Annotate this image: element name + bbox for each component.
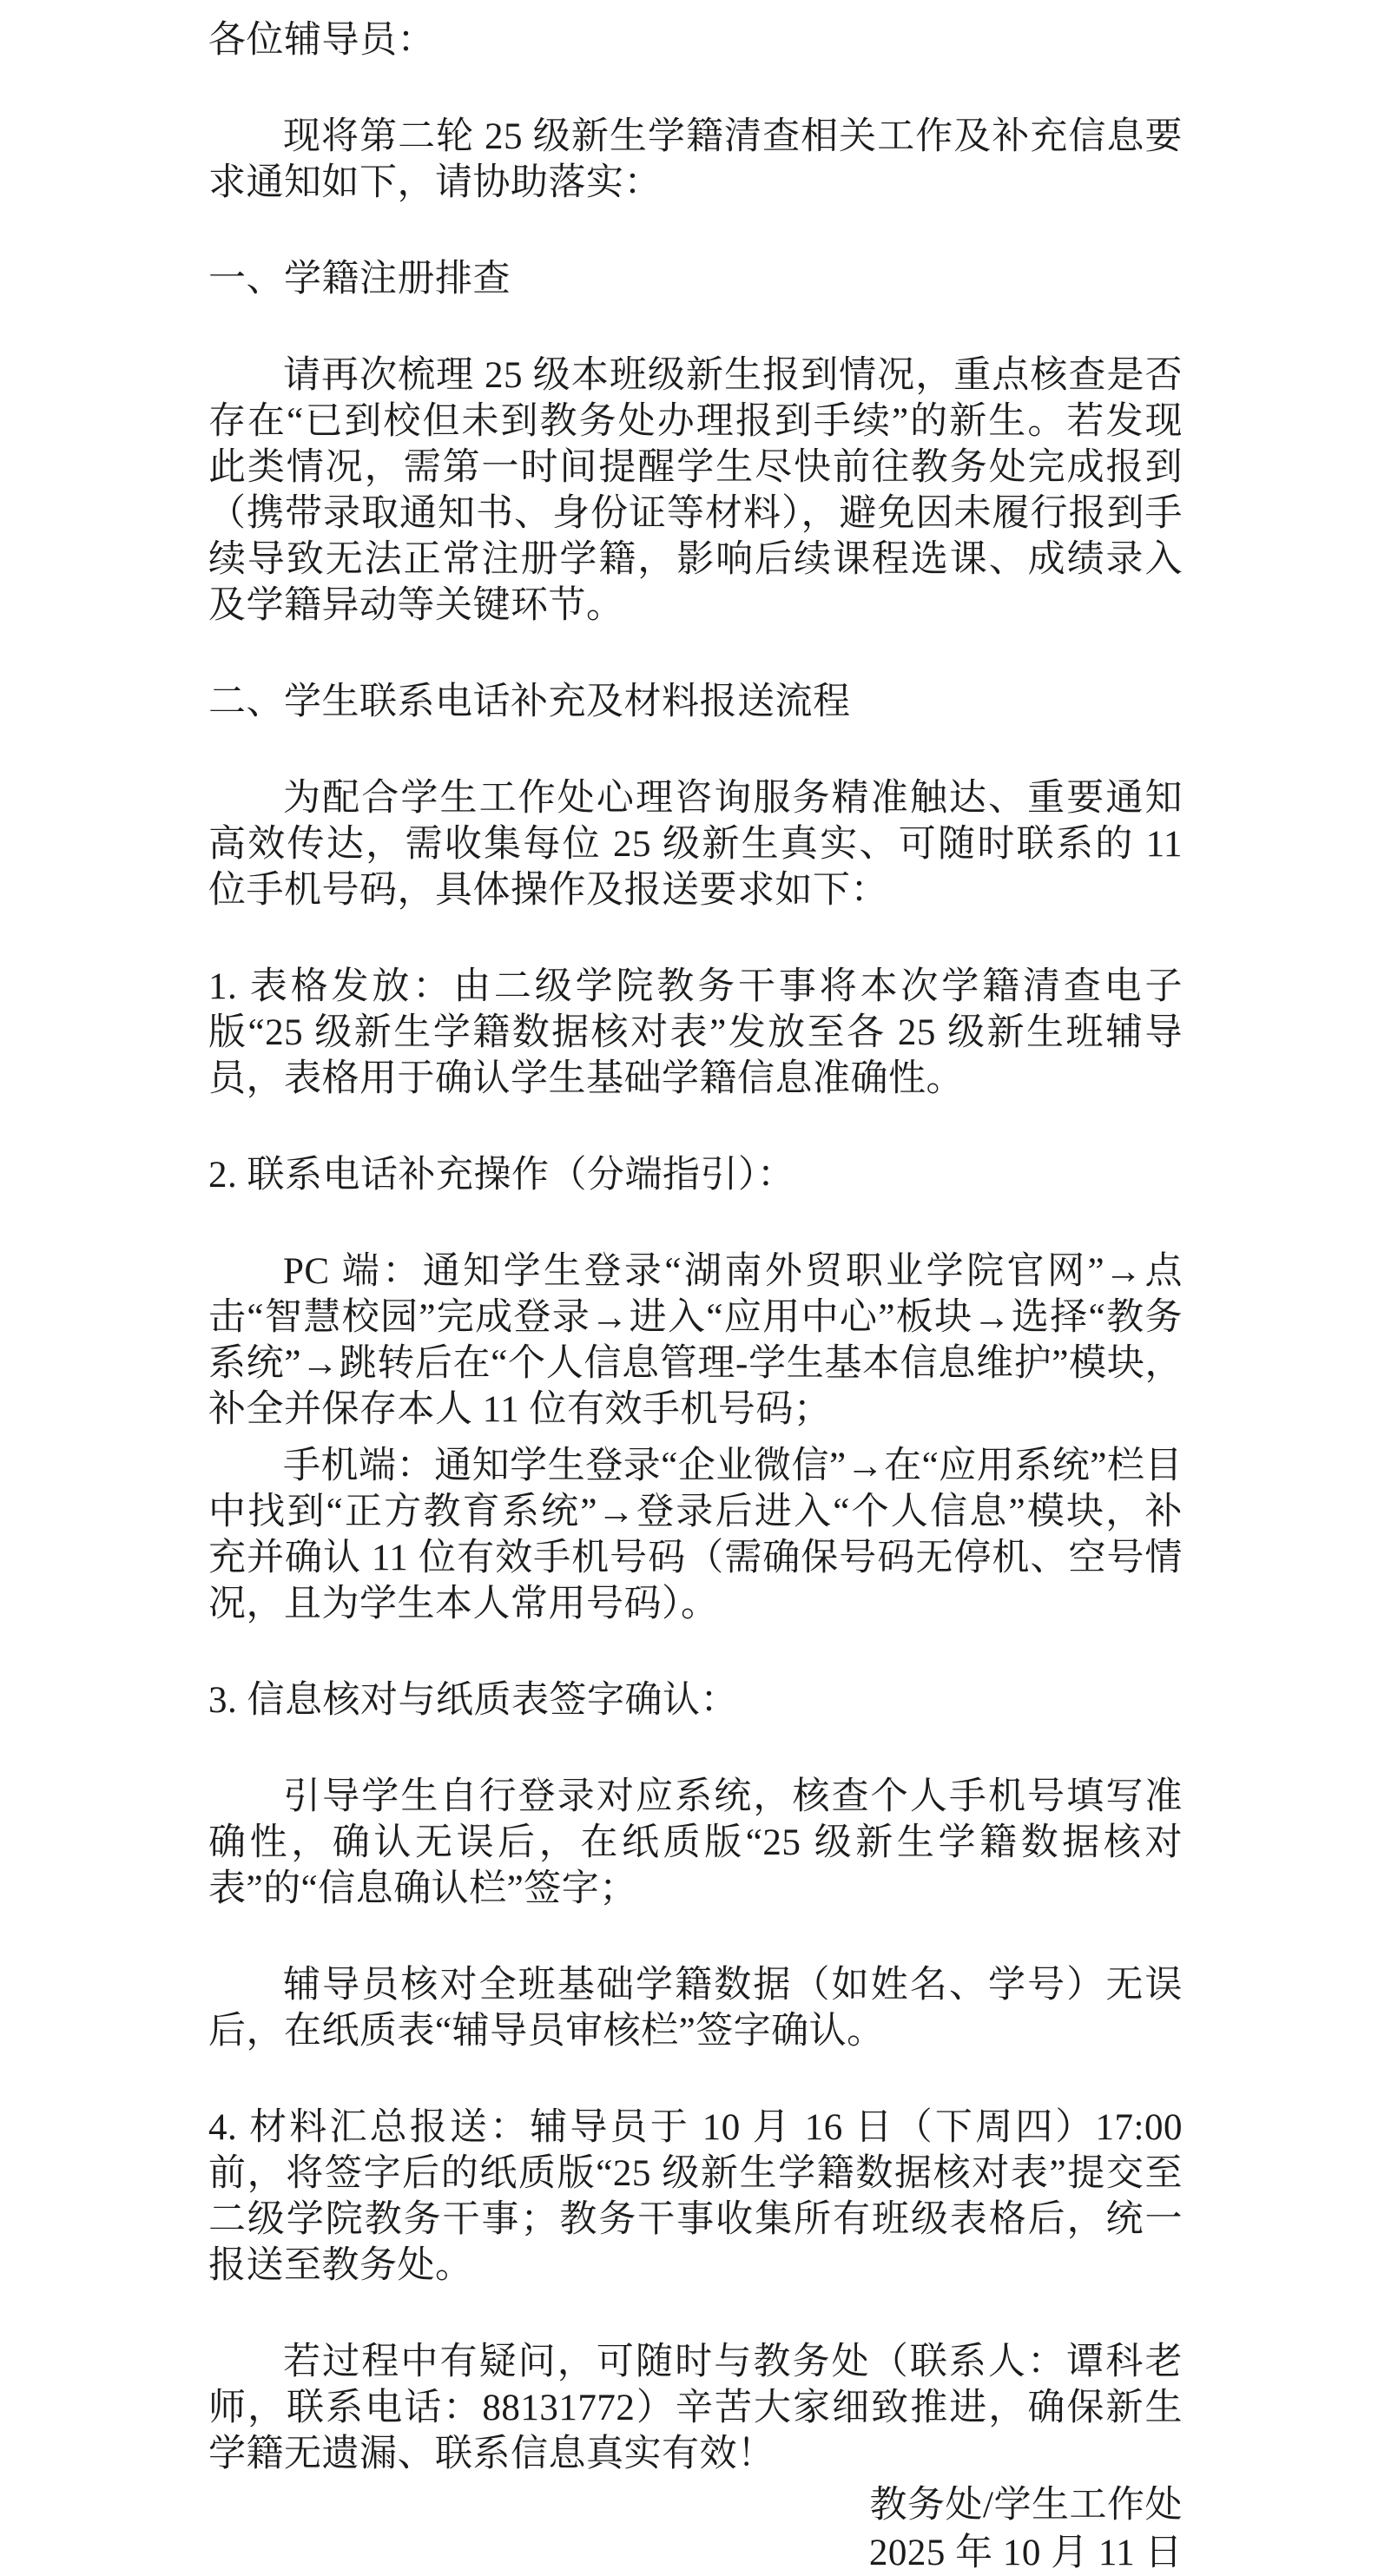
list-item-3: 3. 信息核对与纸质表签字确认： bbox=[208, 1677, 1183, 1723]
intro-paragraph: 现将第二轮 25 级新生学籍清查相关工作及补充信息要求通知如下，请协助落实： bbox=[208, 114, 1183, 206]
counselor-confirm-paragraph: 辅导员核对全班基础学籍数据（如姓名、学号）无误后，在纸质表“辅导员审核栏”签字确… bbox=[208, 1962, 1183, 2054]
list-item-4: 4. 材料汇总报送：辅导员于 10 月 16 日（下周四）17:00 前，将签字… bbox=[208, 2105, 1183, 2289]
signature-date: 2025 年 10 月 11 日 bbox=[208, 2530, 1183, 2576]
list-item-2: 2. 联系电话补充操作（分端指引）： bbox=[208, 1152, 1183, 1198]
mobile-instructions-paragraph: 手机端：通知学生登录“企业微信”→在“应用系统”栏目中找到“正方教育系统”→登录… bbox=[208, 1443, 1183, 1627]
list-item-1: 1. 表格发放：由二级学院教务干事将本次学籍清查电子版“25 级新生学籍数据核对… bbox=[208, 964, 1183, 1102]
section-2-intro-paragraph: 为配合学生工作处心理咨询服务精准触达、重要通知高效传达，需收集每位 25 级新生… bbox=[208, 775, 1183, 913]
section-1-heading: 一、学籍注册排查 bbox=[208, 256, 1183, 302]
section-2-heading: 二、学生联系电话补充及材料报送流程 bbox=[208, 679, 1183, 725]
pc-instructions-paragraph: PC 端：通知学生登录“湖南外贸职业学院官网”→点击“智慧校园”完成登录→进入“… bbox=[208, 1248, 1183, 1433]
document-page: { "page": { "background_color": "#ffffff… bbox=[0, 0, 1378, 2506]
salutation: 各位辅导员： bbox=[208, 17, 1183, 63]
notice-body: 各位辅导员： 现将第二轮 25 级新生学籍清查相关工作及补充信息要求通知如下，请… bbox=[208, 17, 1183, 2576]
section-1-paragraph: 请再次梳理 25 级本班级新生报到情况，重点核查是否存在“已到校但未到教务处办理… bbox=[208, 352, 1183, 629]
closing-paragraph: 若过程中有疑问，可随时与教务处（联系人：谭科老师，联系电话：88131772）辛… bbox=[208, 2339, 1183, 2477]
student-confirm-paragraph: 引导学生自行登录对应系统，核查个人手机号填写准确性，确认无误后，在纸质版“25 … bbox=[208, 1774, 1183, 1912]
